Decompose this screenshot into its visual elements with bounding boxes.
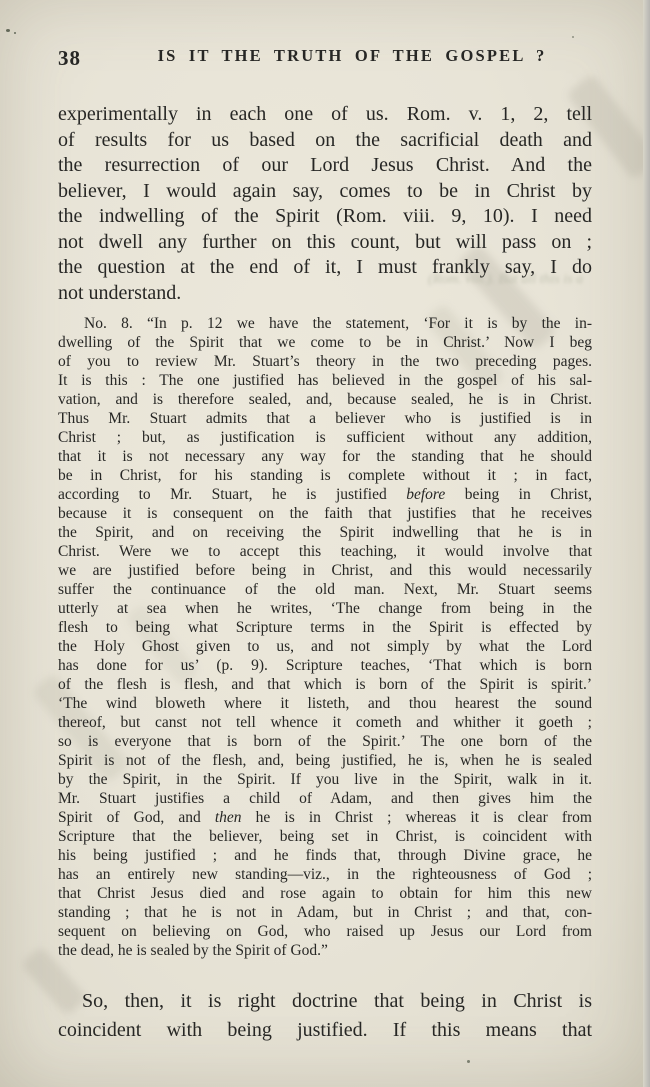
- text-line: that Christ Jesus died and rose again to…: [58, 884, 592, 903]
- text-line: the question at the end of it, I must fr…: [58, 255, 592, 281]
- text-line: the indwelling of the Spirit (Rom. viii.…: [58, 204, 592, 230]
- text-line: by the Spirit, in the Spirit. If you liv…: [58, 770, 592, 789]
- text-line: Spirit is not of the flesh, and, being j…: [58, 751, 592, 770]
- text-line: has an entirely new standing—viz., in th…: [58, 865, 592, 884]
- text-line: thereof, but canst not tell whence it co…: [58, 713, 592, 732]
- running-title: IS IT THE TRUTH OF THE GOSPEL ?: [58, 46, 588, 66]
- text-line: vation, and is therefore sealed, and, be…: [58, 390, 592, 409]
- ink-speck: [14, 32, 16, 34]
- page-number: 38: [58, 46, 81, 71]
- paragraph-continuation: experimentally in each one of us. Rom. v…: [58, 102, 592, 306]
- text-line: of results for us based on the sacrifici…: [58, 128, 592, 154]
- text-line: utterly at sea when he writes, ‘The chan…: [58, 599, 592, 618]
- text-line: not understand.: [58, 281, 592, 307]
- text-line: experimentally in each one of us. Rom. v…: [58, 102, 592, 128]
- text-line: ‘The wind bloweth where it listeth, and …: [58, 694, 592, 713]
- text-line: flesh to being what Scripture terms in t…: [58, 618, 592, 637]
- text-line: Spirit of God, and then he is in Christ …: [58, 808, 592, 827]
- text-line: according to Mr. Stuart, he is justified…: [58, 485, 592, 504]
- scanned-book-page: (Rom. viii.). But all this is a 38 IS IT…: [0, 0, 650, 1087]
- text-line: It is this : The one justified has belie…: [58, 371, 592, 390]
- text-line: the dead, he is sealed by the Spirit of …: [58, 941, 592, 960]
- text-line: sequent on believing on God, who raised …: [58, 922, 592, 941]
- text-line: because it is consequent on the faith th…: [58, 504, 592, 523]
- text-line: So, then, it is right doctrine that bein…: [58, 987, 592, 1016]
- text-line: we are justified before being in Christ,…: [58, 561, 592, 580]
- text-line: Mr. Stuart justifies a child of Adam, an…: [58, 789, 592, 808]
- text-line: has done for us’ (p. 9). Scripture teach…: [58, 656, 592, 675]
- text-line: standing ; that he is not in Adam, but i…: [58, 903, 592, 922]
- text-line: Scripture that the believer, being set i…: [58, 827, 592, 846]
- text-line: so is everyone that is born of the Spiri…: [58, 732, 592, 751]
- text-line: believer, I would again say, comes to be…: [58, 179, 592, 205]
- text-line: coincident with being justified. If this…: [58, 1016, 592, 1045]
- ink-speck: [6, 29, 10, 32]
- text-line: Christ ; but, as justification is suffic…: [58, 428, 592, 447]
- text-line: his being justified ; and he finds that,…: [58, 846, 592, 865]
- text-line: dwelling of the Spirit that we come to b…: [58, 333, 592, 352]
- text-line: Christ. Were we to accept this teaching,…: [58, 542, 592, 561]
- text-line: suffer the continuance of the old man. N…: [58, 580, 592, 599]
- scan-edge-strip: [643, 0, 650, 1087]
- text-line: the Holy Ghost given to us, and not simp…: [58, 637, 592, 656]
- text-line: that it is not necessary any way for the…: [58, 447, 592, 466]
- text-line: be in Christ, for his standing is comple…: [58, 466, 592, 485]
- text-line: of you to review Mr. Stuart’s theory in …: [58, 352, 592, 371]
- text-line: of the flesh is flesh, and that which is…: [58, 675, 592, 694]
- page-header: 38 IS IT THE TRUTH OF THE GOSPEL ?: [58, 46, 588, 72]
- ink-speck: [572, 36, 574, 38]
- ink-speck: [467, 1060, 470, 1063]
- text-column: experimentally in each one of us. Rom. v…: [58, 102, 592, 1045]
- text-line: not dwell any further on this count, but…: [58, 230, 592, 256]
- text-line: No. 8. “In p. 12 we have the statement, …: [58, 314, 592, 333]
- text-line: Thus Mr. Stuart admits that a believer w…: [58, 409, 592, 428]
- paragraph-quote-no-8: No. 8. “In p. 12 we have the statement, …: [58, 314, 592, 960]
- text-line: the Spirit, and on receiving the Spirit …: [58, 523, 592, 542]
- text-line: the resurrection of our Lord Jesus Chris…: [58, 153, 592, 179]
- paragraph-conclusion: So, then, it is right doctrine that bein…: [58, 987, 592, 1045]
